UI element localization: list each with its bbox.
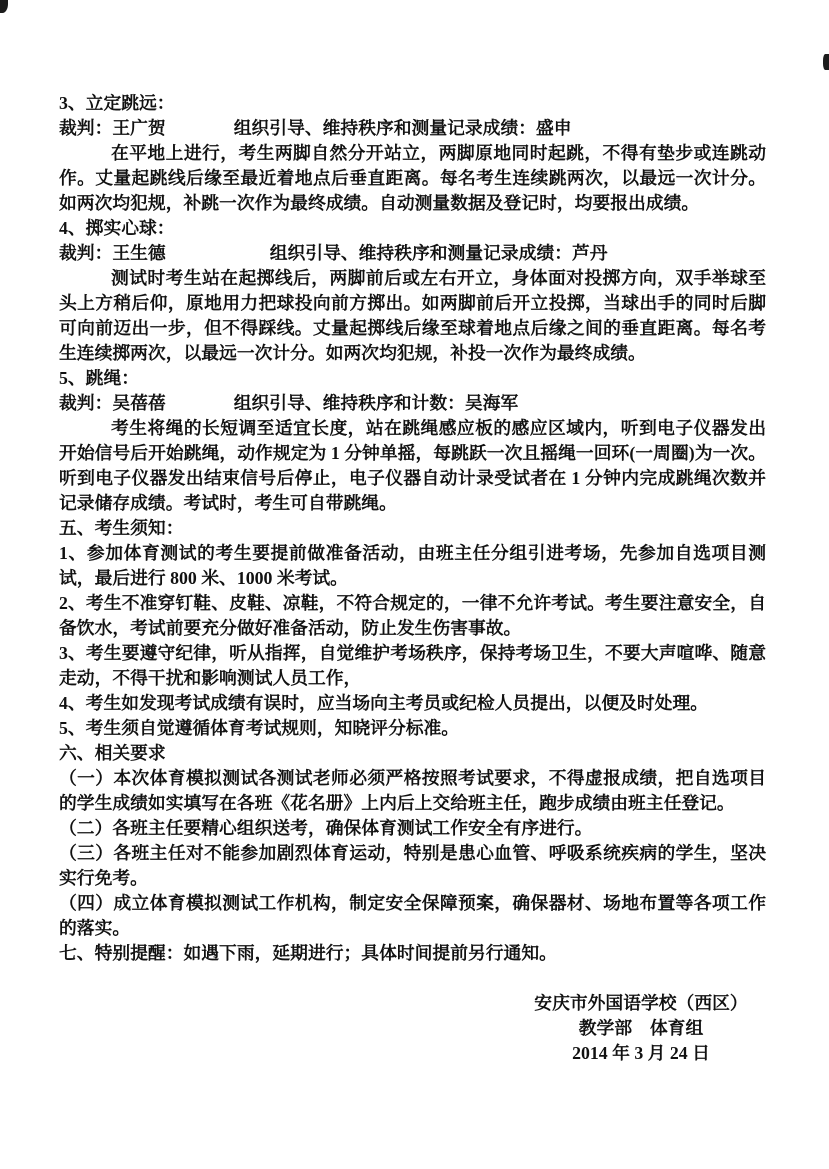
- event-heading: 4、掷实心球：: [59, 216, 766, 241]
- event-section-standing-long-jump: 3、立定跳远： 裁判：王广贺组织引导、维持秩序和测量记录成绩：盛申 在平地上进行…: [59, 91, 766, 216]
- event-description: 测试时考生站在起掷线后，两脚前后或左右开立，身体面对投掷方向，双手举球至头上方稍…: [59, 266, 766, 366]
- duty-label: 组织引导、维持秩序和测量记录成绩：: [234, 118, 536, 138]
- event-description: 考生将绳的长短调至适宜长度，站在跳绳感应板的感应区域内，听到电子仪器发出开始信号…: [59, 416, 766, 516]
- event-section-rope-skipping: 5、跳绳： 裁判：吴蓓蓓组织引导、维持秩序和计数：吴海军 考生将绳的长短调至适宜…: [59, 366, 766, 516]
- judge-line: 裁判：吴蓓蓓组织引导、维持秩序和计数：吴海军: [59, 391, 766, 416]
- judge-name: 吴蓓蓓: [112, 393, 165, 413]
- notice-item: 1、参加体育测试的考生要提前做准备活动，由班主任分组引进考场，先参加自选项目测试…: [59, 541, 766, 591]
- spacer: [166, 258, 270, 259]
- document-page: 3、立定跳远： 裁判：王广贺组织引导、维持秩序和测量记录成绩：盛申 在平地上进行…: [59, 91, 766, 1066]
- notice-heading: 五、考生须知：: [59, 516, 766, 541]
- requirement-item: （一）本次体育模拟测试各测试老师必须严格按照考试要求，不得虚报成绩，把自选项目的…: [59, 766, 766, 816]
- signature-organization: 安庆市外国语学校（西区）: [511, 991, 771, 1016]
- notice-section: 五、考生须知： 1、参加体育测试的考生要提前做准备活动，由班主任分组引进考场，先…: [59, 516, 766, 741]
- event-description: 在平地上进行，考生两脚自然分开站立，两脚原地同时起跳，不得有垫步或连跳动作。丈量…: [59, 141, 766, 216]
- scan-artifact-top-left: [0, 0, 8, 13]
- requirements-heading: 六、相关要求: [59, 741, 766, 766]
- judge-name: 王生德: [112, 243, 165, 263]
- duty-holder-name: 芦丹: [572, 243, 608, 263]
- requirement-item: （三）各班主任对不能参加剧烈体育运动，特别是患心血管、呼吸系统疾病的学生，坚决实…: [59, 841, 766, 891]
- event-section-solid-ball-throw: 4、掷实心球： 裁判：王生德组织引导、维持秩序和测量记录成绩：芦丹 测试时考生站…: [59, 216, 766, 366]
- duty-holder-name: 盛申: [536, 118, 572, 138]
- judge-line: 裁判：王生德组织引导、维持秩序和测量记录成绩：芦丹: [59, 241, 766, 266]
- scan-artifact-right-edge: [823, 54, 829, 70]
- duty-holder-name: 吴海军: [465, 393, 518, 413]
- signature-date: 2014 年 3 月 24 日: [511, 1041, 771, 1066]
- requirements-section: 六、相关要求 （一）本次体育模拟测试各测试老师必须严格按照考试要求，不得虚报成绩…: [59, 741, 766, 941]
- requirement-item: （四）成立体育模拟测试工作机构，制定安全保障预案，确保器材、场地布置等各项工作的…: [59, 891, 766, 941]
- judge-line: 裁判：王广贺组织引导、维持秩序和测量记录成绩：盛申: [59, 116, 766, 141]
- notice-item: 2、考生不准穿钉鞋、皮鞋、凉鞋，不符合规定的，一律不允许考试。考生要注意安全，自…: [59, 591, 766, 641]
- event-heading: 5、跳绳：: [59, 366, 766, 391]
- notice-item: 5、考生须自觉遵循体育考试规则，知晓评分标准。: [59, 716, 766, 741]
- spacer: [166, 133, 234, 134]
- judge-name: 王广贺: [112, 118, 165, 138]
- notice-item: 3、考生要遵守纪律，听从指挥，自觉维护考场秩序，保持考场卫生，不要大声喧哗、随意…: [59, 641, 766, 691]
- duty-label: 组织引导、维持秩序和测量记录成绩：: [270, 243, 572, 263]
- duty-label: 组织引导、维持秩序和计数：: [234, 393, 465, 413]
- judge-label: 裁判：: [59, 243, 112, 263]
- notice-item: 4、考生如发现考试成绩有误时，应当场向主考员或纪检人员提出，以便及时处理。: [59, 691, 766, 716]
- judge-label: 裁判：: [59, 393, 112, 413]
- signature-department: 教学部 体育组: [511, 1016, 771, 1041]
- spacer: [166, 408, 234, 409]
- signature-block: 安庆市外国语学校（西区） 教学部 体育组 2014 年 3 月 24 日: [511, 991, 771, 1066]
- judge-label: 裁判：: [59, 118, 112, 138]
- event-heading: 3、立定跳远：: [59, 91, 766, 116]
- requirement-item: （二）各班主任要精心组织送考，确保体育测试工作安全有序进行。: [59, 816, 766, 841]
- special-reminder: 七、特别提醒：如遇下雨，延期进行；具体时间提前另行通知。: [59, 941, 766, 966]
